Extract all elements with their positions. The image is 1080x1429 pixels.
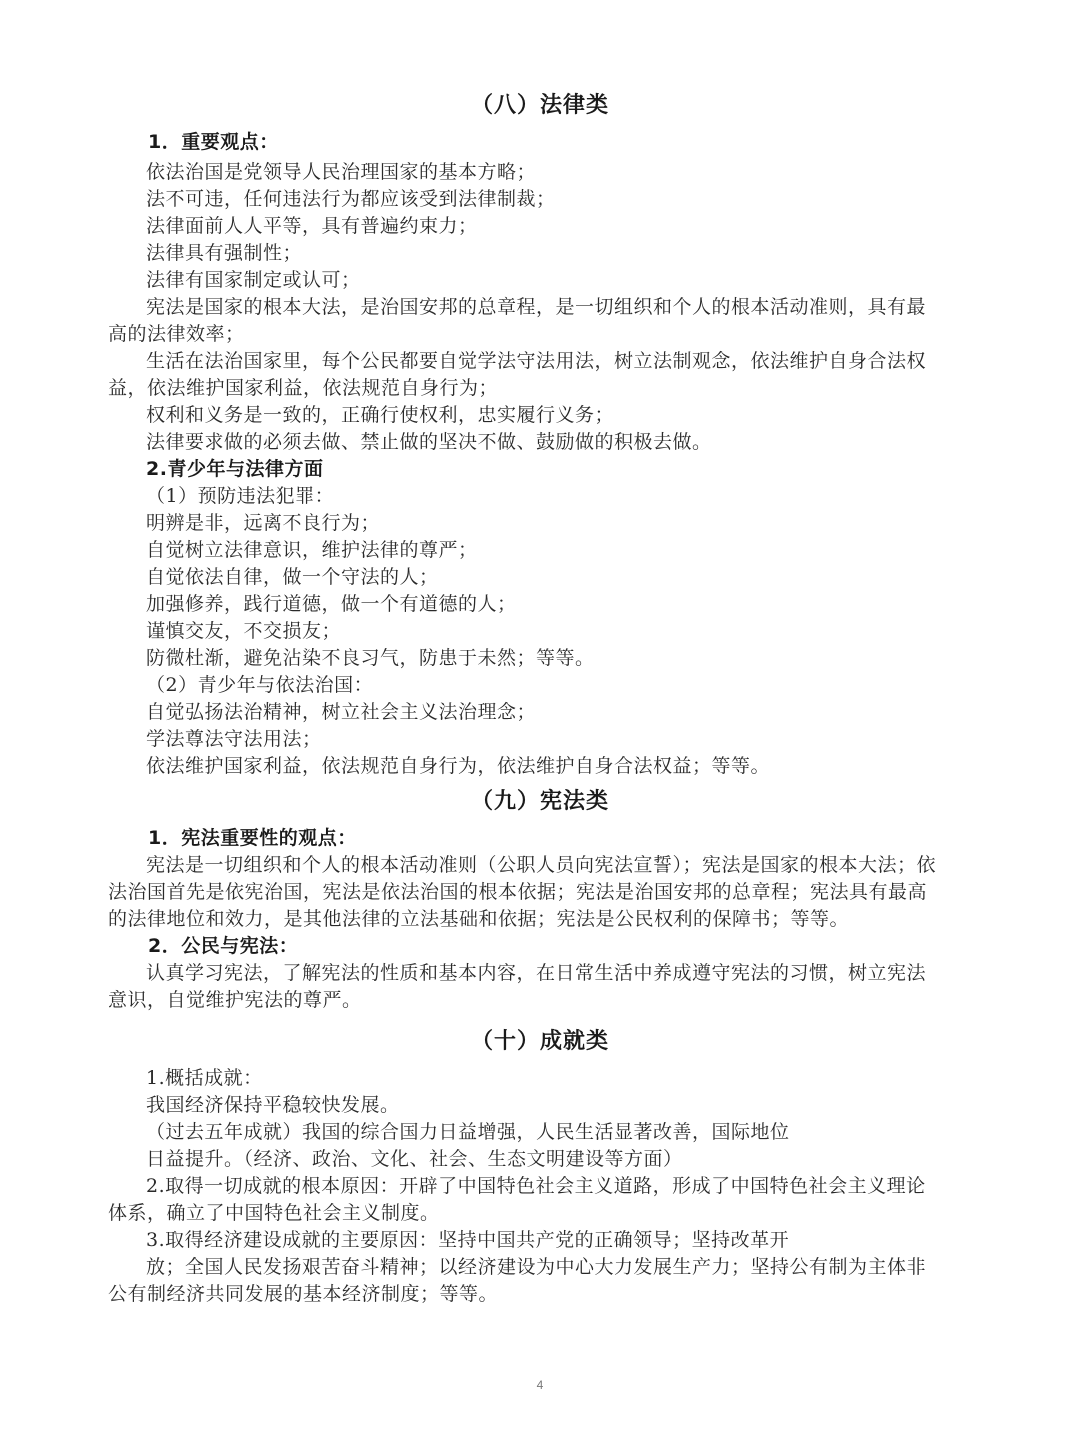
text-line: 2.取得一切成就的根本原因：开辟了中国特色社会主义道路，形成了中国特色社会主义理… [146,1174,926,1198]
text-line: 宪法是国家的根本大法，是治国安邦的总章程，是一切组织和个人的根本活动准则，具有最 [146,295,926,319]
text-line: 加强修养，践行道德，做一个有道德的人； [146,592,517,616]
text-line: 日益提升。（经济、政治、文化、社会、生态文明建设等方面） [146,1147,683,1171]
text-line: 意识，自觉维护宪法的尊严。 [108,988,362,1012]
text-line: （1）预防违法犯罪： [146,484,334,508]
subheading-citizen-and-constitution: 2．公民与宪法： [148,934,298,958]
text-line: 防微杜渐，避免沾染不良习气，防患于未然；等等。 [146,646,595,670]
section-title-constitution: （九）宪法类 [0,784,1080,815]
text-line: 明辨是非，远离不良行为； [146,511,380,535]
text-line: 放；全国人民发扬艰苦奋斗精神；以经济建设为中心大力发展生产力；坚持公有制为主体非 [146,1255,926,1279]
text-line: 的法律地位和效力，是其他法律的立法基础和依据；宪法是公民权利的保障书；等等。 [108,907,849,931]
text-line: 认真学习宪法，了解宪法的性质和基本内容，在日常生活中养成遵守宪法的习惯，树立宪法 [146,961,926,985]
section-title-achievements: （十）成就类 [0,1024,1080,1055]
text-line: 自觉树立法律意识，维护法律的尊严； [146,538,478,562]
text-line: 高的法律效率； [108,322,245,346]
text-line: 权利和义务是一致的，正确行使权利，忠实履行义务； [146,403,614,427]
subheading-constitution-importance: 1．宪法重要性的观点： [148,826,357,850]
text-line: 依法治国是党领导人民治理国家的基本方略； [146,160,536,184]
subheading-key-points: 1．重要观点： [148,130,279,154]
text-line: 体系，确立了中国特色社会主义制度。 [108,1201,440,1225]
subheading-youth-and-law: 2.青少年与法律方面 [146,457,323,481]
text-line: 自觉依法自律，做一个守法的人； [146,565,439,589]
page-number: 4 [0,1378,1080,1392]
text-line: 我国经济保持平稳较快发展。 [146,1093,400,1117]
text-line: 法治国首先是依宪治国，宪法是依法治国的根本依据；宪法是治国安邦的总章程；宪法具有… [108,880,927,904]
text-line: 法律有国家制定或认可； [146,268,361,292]
text-line: 益，依法维护国家利益，依法规范自身行为； [108,376,498,400]
text-line: 法律具有强制性； [146,241,302,265]
text-line: 谨慎交友，不交损友； [146,619,341,643]
text-line: 宪法是一切组织和个人的根本活动准则（公职人员向宪法宣誓）；宪法是国家的根本大法；… [146,853,936,877]
section-title-law: （八）法律类 [0,88,1080,119]
text-line: 3.取得经济建设成就的主要原因：坚持中国共产党的正确领导；坚持改革开 [146,1228,789,1252]
text-line: 自觉弘扬法治精神，树立社会主义法治理念； [146,700,536,724]
text-line: 依法维护国家利益，依法规范自身行为，依法维护自身合法权益；等等。 [146,754,770,778]
text-line: 公有制经济共同发展的基本经济制度；等等。 [108,1282,498,1306]
text-line: （过去五年成就）我国的综合国力日益增强，人民生活显著改善，国际地位 [146,1120,790,1144]
text-line: （2）青少年与依法治国： [146,673,373,697]
document-page: （八）法律类 1．重要观点： 依法治国是党领导人民治理国家的基本方略； 法不可违… [0,0,1080,1429]
text-line: 学法尊法守法用法； [146,727,322,751]
text-line: 法律要求做的必须去做、禁止做的坚决不做、鼓励做的积极去做。 [146,430,712,454]
text-line: 法律面前人人平等，具有普遍约束力； [146,214,478,238]
text-line: 生活在法治国家里，每个公民都要自觉学法守法用法，树立法制观念，依法维护自身合法权 [146,349,926,373]
text-line: 法不可违，任何违法行为都应该受到法律制裁； [146,187,556,211]
subheading-summary-achievements: 1.概括成就： [146,1066,263,1090]
